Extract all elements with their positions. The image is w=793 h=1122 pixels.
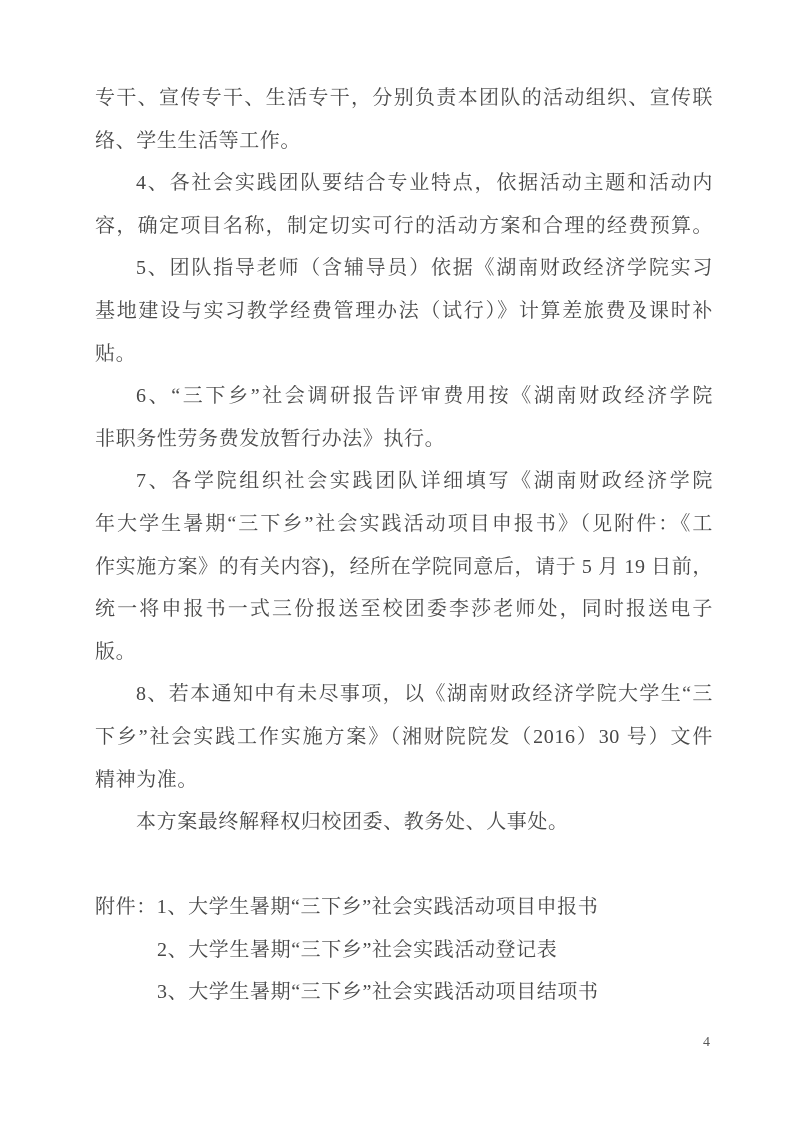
attachment-line: 2、大学生暑期“三下乡”社会实践活动登记表 — [95, 929, 713, 972]
attachment-line: 附件：1、大学生暑期“三下乡”社会实践活动项目申报书 — [95, 886, 713, 929]
document-page: 专干、宣传专干、生活专干，分别负责本团队的活动组织、宣传联 络、学生生活等工作。… — [0, 0, 793, 1122]
body-line: 非职务性劳务费发放暂行办法》执行。 — [95, 418, 713, 461]
body-line: 下乡”社会实践工作实施方案》（湘财院院发（2016）30 号）文件 — [95, 716, 713, 759]
document-body: 专干、宣传专干、生活专干，分别负责本团队的活动组织、宣传联 络、学生生活等工作。… — [95, 77, 713, 1014]
attachment-line: 3、大学生暑期“三下乡”社会实践活动项目结项书 — [95, 971, 713, 1014]
body-line: 6、“三下乡”社会调研报告评审费用按《湖南财政经济学院 — [95, 375, 713, 418]
body-line: 7、各学院组织社会实践团队详细填写《湖南财政经济学院 — [95, 460, 713, 503]
body-line: 统一将申报书一式三份报送至校团委李莎老师处，同时报送电子 — [95, 588, 713, 631]
body-line: 5、团队指导老师（含辅导员）依据《湖南财政经济学院实习 — [95, 247, 713, 290]
body-line: 基地建设与实习教学经费管理办法（试行）》计算差旅费及课时补 — [95, 290, 713, 333]
body-line: 容，确定项目名称，制定切实可行的活动方案和合理的经费预算。 — [95, 205, 713, 248]
body-line: 作实施方案》的有关内容)，经所在学院同意后，请于 5 月 19 日前， — [95, 546, 713, 589]
body-line: 络、学生生活等工作。 — [95, 120, 713, 163]
body-line: 精神为准。 — [95, 759, 713, 802]
body-line: 本方案最终解释权归校团委、教务处、人事处。 — [95, 801, 713, 844]
page-number: 4 — [95, 1033, 710, 1053]
body-line: 版。 — [95, 631, 713, 674]
body-line: 4、各社会实践团队要结合专业特点，依据活动主题和活动内 — [95, 162, 713, 205]
body-line: 贴。 — [95, 333, 713, 376]
body-line: 年大学生暑期“三下乡”社会实践活动项目申报书》（见附件：《工 — [95, 503, 713, 546]
body-line: 8、若本通知中有未尽事项，以《湖南财政经济学院大学生“三 — [95, 673, 713, 716]
body-line: 专干、宣传专干、生活专干，分别负责本团队的活动组织、宣传联 — [95, 77, 713, 120]
